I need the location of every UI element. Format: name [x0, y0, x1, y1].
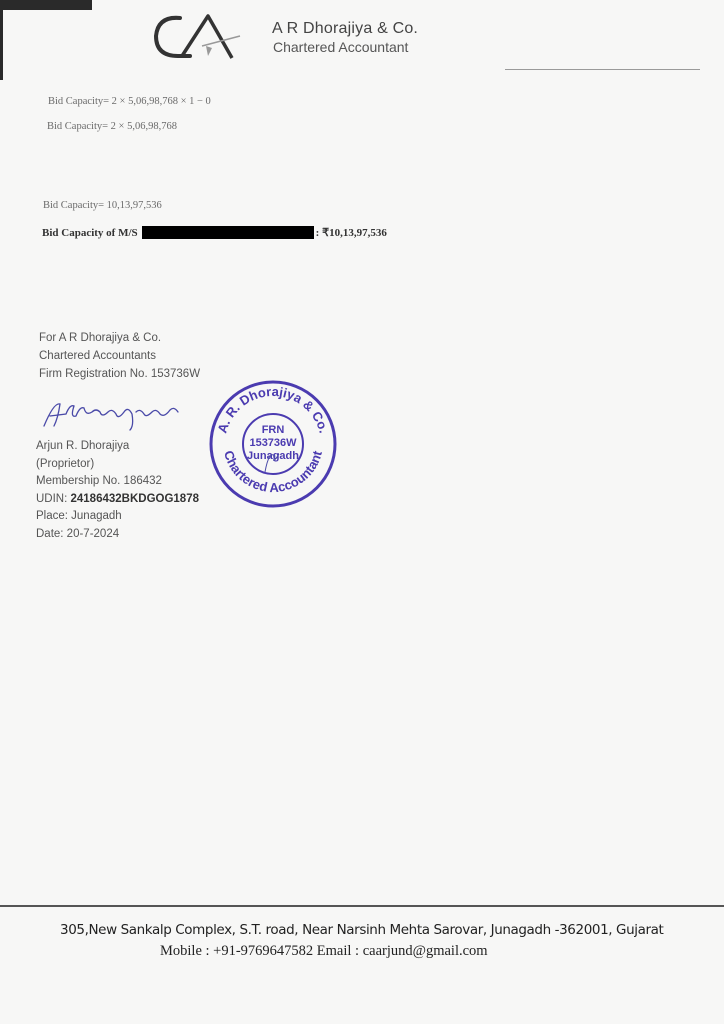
- redacted-company-name: [142, 226, 314, 239]
- signatory-firm-block: For A R Dhorajiya & Co. Chartered Accoun…: [39, 329, 200, 383]
- handwritten-signature: [40, 396, 190, 432]
- bid-capacity-value: : ₹10,13,97,536: [316, 226, 387, 239]
- udin-value: 24186432BKDGOG1878: [71, 493, 200, 505]
- udin-line: UDIN: 24186432BKDGOG1878: [36, 491, 199, 509]
- membership-number: Membership No. 186432: [36, 473, 199, 491]
- stamp-frn-number: 153736W: [249, 437, 297, 449]
- firm-subtitle: Chartered Accountant: [273, 39, 408, 55]
- footer-address: 305,New Sankalp Complex, S.T. road, Near…: [60, 922, 663, 938]
- for-firm-line: For A R Dhorajiya & Co.: [39, 329, 200, 347]
- calc-line-1: Bid Capacity= 2 × 5,06,98,768 × 1 − 0: [48, 96, 211, 107]
- ca-logo-icon: [150, 12, 245, 62]
- signatory-name: Arjun R. Dhorajiya: [36, 438, 199, 456]
- scan-edge-shadow: [0, 0, 92, 10]
- signatory-details: Arjun R. Dhorajiya (Proprietor) Membersh…: [36, 438, 199, 543]
- scan-edge-shadow-left: [0, 0, 3, 80]
- date-line: Date: 20-7-2024: [36, 526, 199, 544]
- bid-capacity-label: Bid Capacity of M/S: [42, 227, 138, 239]
- frn-line: Firm Registration No. 153736W: [39, 365, 200, 383]
- firm-name: A R Dhorajiya & Co.: [272, 20, 418, 38]
- place-line: Place: Junagadh: [36, 508, 199, 526]
- firm-stamp: A. R. Dhorajiya & Co. Chartered Accounta…: [207, 380, 339, 508]
- signatory-role: (Proprietor): [36, 456, 199, 474]
- bid-capacity-result: Bid Capacity of M/S : ₹10,13,97,536: [42, 226, 387, 239]
- calc-line-2: Bid Capacity= 2 × 5,06,98,768: [47, 121, 177, 132]
- stamp-city: Junagadh: [247, 450, 299, 462]
- header-divider: [505, 69, 700, 70]
- firm-type-line: Chartered Accountants: [39, 347, 200, 365]
- footer-divider: [0, 905, 724, 907]
- udin-label: UDIN:: [36, 493, 71, 505]
- stamp-frn-label: FRN: [262, 424, 285, 436]
- calc-line-3: Bid Capacity= 10,13,97,536: [43, 200, 162, 211]
- footer-contact: Mobile : +91-9769647582 Email : caarjund…: [160, 943, 488, 960]
